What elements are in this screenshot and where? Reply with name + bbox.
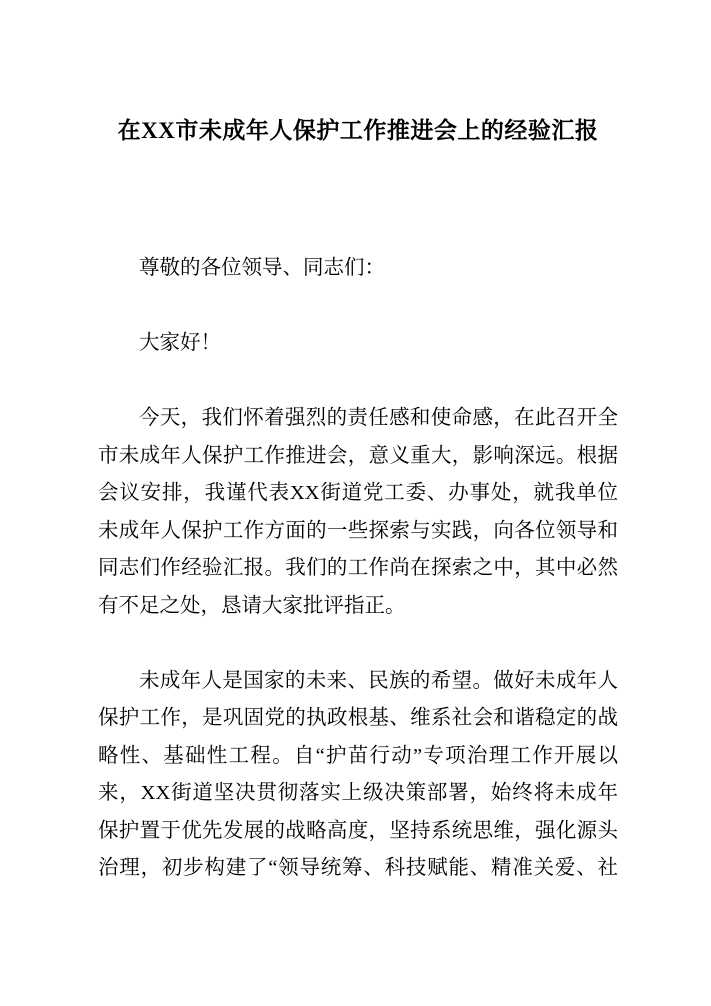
greeting-block: 大家好！ xyxy=(98,325,618,363)
text-line: 有不足之处，恳请大家批评指正。 xyxy=(98,588,618,626)
text-line: 同志们作经验汇报。我们的工作尚在探索之中，其中必然 xyxy=(98,550,618,588)
text-line: 保护工作，是巩固党的执政根基、维系社会和谐稳定的战 xyxy=(98,700,618,738)
paragraph-1: 今天，我们怀着强烈的责任感和使命感，在此召开全 市未成年人保护工作推进会，意义重… xyxy=(98,400,618,625)
text-line: 略性、基础性工程。自“护苗行动”专项治理工作开展以 xyxy=(98,738,618,776)
text-line: 未成年人是国家的未来、民族的希望。做好未成年人 xyxy=(98,663,618,701)
text-line: 市未成年人保护工作推进会，意义重大，影响深远。根据 xyxy=(98,438,618,476)
text-line: 来，XX街道坚决贯彻落实上级决策部署，始终将未成年人 xyxy=(98,775,618,813)
document-page: 在XX市未成年人保护工作推进会上的经验汇报 尊敬的各位领导、同志们： 大家好！ … xyxy=(0,0,711,1006)
salutation: 尊敬的各位领导、同志们： xyxy=(98,250,618,288)
salutation-block: 尊敬的各位领导、同志们： xyxy=(98,250,618,288)
text-line: 治理，初步构建了“领导统筹、科技赋能、精准关爱、社 xyxy=(98,850,618,888)
paragraph-2: 未成年人是国家的未来、民族的希望。做好未成年人 保护工作，是巩固党的执政根基、维… xyxy=(98,663,618,888)
greeting: 大家好！ xyxy=(98,325,618,363)
text-line: 未成年人保护工作方面的一些探索与实践，向各位领导和 xyxy=(98,513,618,551)
document-title: 在XX市未成年人保护工作推进会上的经验汇报 xyxy=(98,112,618,150)
text-line: 会议安排，我谨代表XX街道党工委、办事处，就我单位在 xyxy=(98,475,618,513)
text-line: 保护置于优先发展的战略高度，坚持系统思维，强化源头 xyxy=(98,813,618,851)
text-line: 今天，我们怀着强烈的责任感和使命感，在此召开全 xyxy=(98,400,618,438)
